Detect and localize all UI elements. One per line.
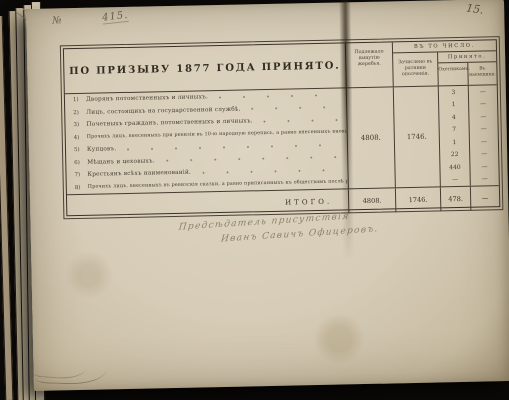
total-enrolled-militia: 1746. bbox=[396, 187, 441, 212]
row-label: Лицъ, состоящихъ на государственной служ… bbox=[86, 106, 241, 115]
cell-value: 1 bbox=[440, 136, 469, 149]
cell-value: — bbox=[469, 98, 497, 111]
cell-value: — bbox=[469, 110, 497, 123]
row-label: Почетныхъ гражданъ, потомственныхъ и лич… bbox=[86, 119, 252, 128]
cell-value: — bbox=[441, 173, 470, 186]
row-number: 5) bbox=[74, 147, 87, 153]
dot-leaders bbox=[251, 105, 339, 112]
cell-value: 1 bbox=[439, 98, 468, 111]
cell-value: 4 bbox=[439, 111, 468, 124]
column-group-in-that-number: ВЪ ТО ЧИСЛО. Зачислено въ ратники ополче… bbox=[393, 40, 497, 86]
total-volunteers: 478. bbox=[441, 187, 471, 212]
cell-value: 22 bbox=[440, 148, 469, 161]
row-label: Крестьянъ всѣхъ наименованій. bbox=[87, 170, 191, 178]
cell-value: 7 bbox=[440, 123, 469, 136]
cell-value: 3 bbox=[439, 86, 468, 99]
dot-leaders bbox=[218, 92, 338, 100]
row-label: Мѣщанъ и цеховыхъ. bbox=[87, 158, 155, 165]
column-header-hired: Въ наемщики. bbox=[468, 62, 496, 85]
total-hired: — bbox=[471, 186, 499, 211]
row-number: 8) bbox=[75, 185, 88, 191]
table-title: ПО ПРИЗЫВУ 1877 ГОДА ПРИНЯТО. bbox=[69, 60, 340, 77]
dot-leaders bbox=[126, 142, 339, 151]
cell-value: — bbox=[470, 135, 498, 148]
conscription-table: ПО ПРИЗЫВУ 1877 ГОДА ПРИНЯТО. Подлежало … bbox=[63, 39, 500, 216]
handwritten-number-sign: № bbox=[52, 15, 62, 27]
row-labels: 1)Дворянъ потомственныхъ и личныхъ.2)Лиц… bbox=[65, 88, 349, 194]
merged-cell-enrolled-militia: 1746. bbox=[394, 86, 441, 187]
row-label: Дворянъ потомственныхъ и личныхъ. bbox=[86, 95, 208, 104]
cell-value: — bbox=[470, 160, 498, 173]
column-header-subject-to-lot: Подлежало вынутію жеребья. bbox=[346, 42, 394, 87]
row-number: 6) bbox=[74, 160, 87, 166]
cell-value: 440 bbox=[440, 161, 469, 174]
table-header: ПО ПРИЗЫВУ 1877 ГОДА ПРИНЯТО. Подлежало … bbox=[64, 40, 497, 93]
merged-cell-subject-to-lot: 4808. bbox=[347, 87, 396, 188]
column-header-enrolled-militia: Зачислено въ ратники ополченія. bbox=[393, 52, 439, 86]
cell-value: — bbox=[471, 173, 499, 186]
row-number: 3) bbox=[73, 122, 86, 128]
row-number: 7) bbox=[74, 172, 87, 178]
cell-value: — bbox=[469, 85, 497, 98]
photograph-of-open-archive-file: № 415. 15. ПО ПРИЗЫВУ 1877 ГОДА ПРИНЯТО.… bbox=[0, 0, 509, 400]
row-number: 2) bbox=[73, 110, 86, 116]
row-number: 4) bbox=[74, 135, 87, 141]
column-cells-hired: ———————— bbox=[469, 85, 499, 186]
row-number: 1) bbox=[73, 97, 86, 103]
cell-value: — bbox=[470, 148, 498, 161]
total-subject-to-lot: 4808. bbox=[349, 188, 396, 213]
row-label: Купцовъ. bbox=[87, 146, 116, 153]
cell-value: — bbox=[470, 123, 498, 136]
table-title-cell: ПО ПРИЗЫВУ 1877 ГОДА ПРИНЯТО. bbox=[64, 43, 347, 93]
handwritten-doc-number: 415. bbox=[102, 10, 129, 25]
dot-leaders bbox=[201, 167, 340, 175]
column-header-volunteers: Охотниками. bbox=[438, 63, 468, 86]
table-body: 1)Дворянъ потомственныхъ и личныхъ.2)Лиц… bbox=[65, 84, 499, 194]
handwritten-folio-number: 15. bbox=[465, 2, 484, 17]
dot-leaders bbox=[263, 117, 339, 124]
row-label: Прочихъ лицъ, внесенныхъ въ ревизскія ск… bbox=[88, 179, 348, 190]
document-page: № 415. 15. ПО ПРИЗЫВУ 1877 ГОДА ПРИНЯТО.… bbox=[26, 0, 509, 391]
column-group-accepted: Принято. Охотниками. Въ наемщики. bbox=[438, 51, 497, 85]
dot-leaders bbox=[165, 155, 339, 164]
column-cells-volunteers: 3147122440— bbox=[439, 86, 471, 187]
